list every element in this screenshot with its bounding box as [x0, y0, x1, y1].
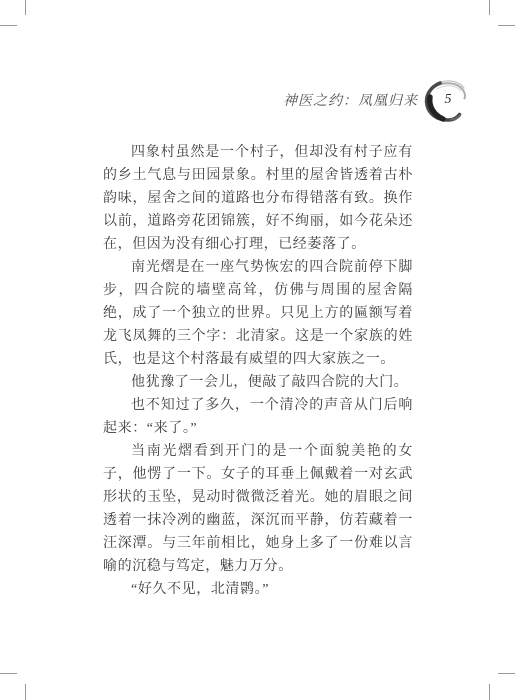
body-text: 四象村虽然是一个村子，但却没有村子应有的乡土气息与田园景象。村里的屋舍皆透着古朴… [103, 141, 413, 601]
paragraph: 当南光熠看到开门的是一个面貌美艳的女子，他愣了一下。女子的耳垂上佩戴着一对玄武形… [103, 440, 413, 578]
paragraph: 四象村虽然是一个村子，但却没有村子应有的乡土气息与田园景象。村里的屋舍皆透着古朴… [103, 141, 413, 256]
crop-mark-top-right-vertical [489, 0, 490, 15]
page-number: 5 [420, 76, 468, 124]
book-title: 神医之约：凤凰归来 [283, 90, 418, 110]
page-number-badge: 5 [420, 76, 468, 124]
crop-mark-bottom-right-horizontal [498, 673, 515, 674]
paragraph: 也不知过了多久，一个清冷的声音从门后响起来：“来了。” [103, 394, 413, 440]
crop-mark-bottom-right-vertical [489, 684, 490, 700]
paragraph: “好久不见，北清鹮。” [103, 578, 413, 601]
crop-mark-bottom-left-vertical [25, 684, 26, 700]
crop-mark-bottom-left-horizontal [0, 673, 17, 674]
paragraph: 南光熠是在一座气势恢宏的四合院前停下脚步，四合院的墙壁高耸，仿佛与周围的屋舍隔绝… [103, 256, 413, 371]
crop-mark-top-left-horizontal [0, 25, 17, 26]
paragraph: 他犹豫了一会儿，便敲了敲四合院的大门。 [103, 371, 413, 394]
crop-mark-top-right-horizontal [498, 25, 515, 26]
book-page: 神医之约：凤凰归来 5 四象村虽然是一个村子，但却没有村子应有的乡土气息与田园景… [0, 0, 515, 700]
page-header: 神医之约：凤凰归来 5 [283, 76, 468, 124]
crop-mark-top-left-vertical [25, 0, 26, 15]
